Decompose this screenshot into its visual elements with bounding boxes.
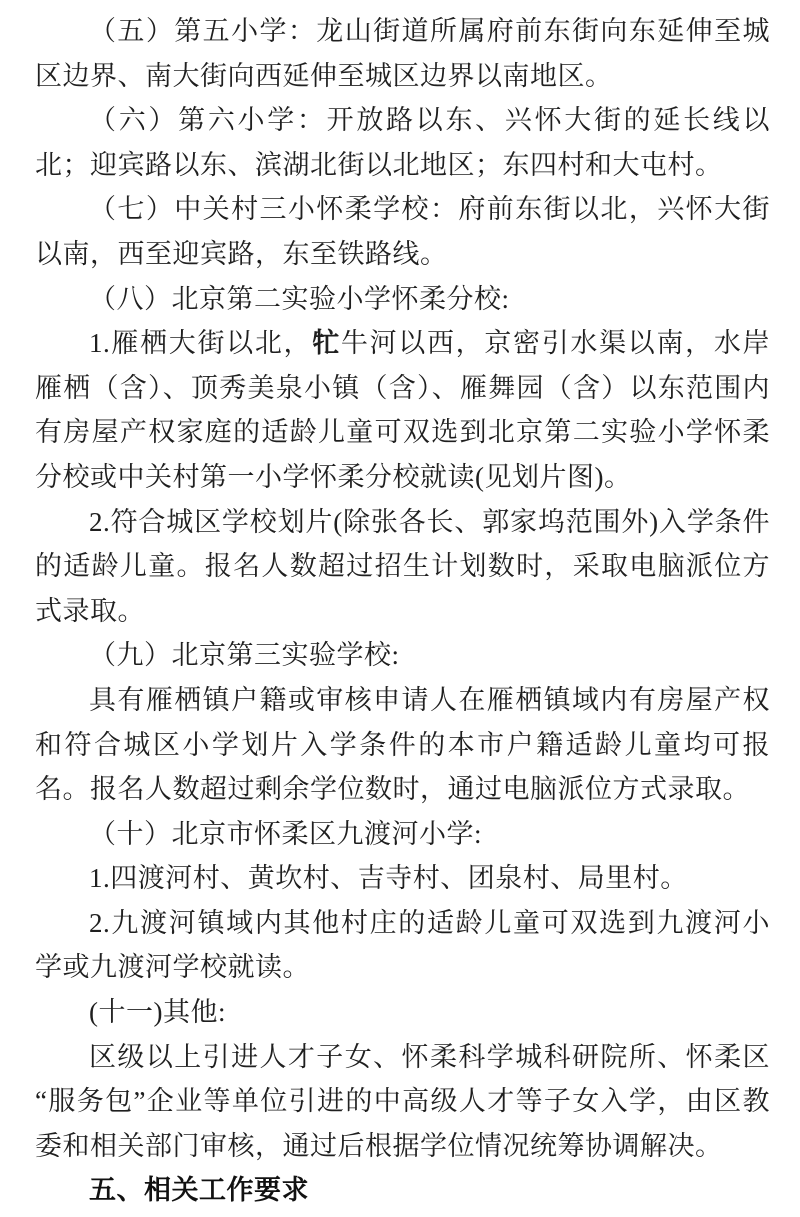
text-run: 具有雁栖镇户籍或审核申请人在雁栖镇域内有房屋产权和符合城区小学划片入学条件的本市…	[35, 685, 770, 804]
paragraph: （五）第五小学：龙山街道所属府前东街向东延伸至城区边界、南大街向西延伸至城区边界…	[35, 9, 770, 98]
paragraph: （九）北京第三实验学校:	[35, 633, 770, 678]
paragraph: （六）第六小学：开放路以东、兴怀大街的延长线以北；迎宾路以东、滨湖北街以北地区；…	[35, 98, 770, 187]
paragraph: 1.四渡河村、黄坎村、吉寺村、团泉村、局里村。	[35, 856, 770, 901]
text-run: （五）第五小学：龙山街道所属府前东街向东延伸至城区边界、南大街向西延伸至城区边界…	[35, 16, 770, 91]
paragraph: 2.九渡河镇域内其他村庄的适龄儿童可双选到九渡河小学或九渡河学校就读。	[35, 901, 770, 990]
document-body: （五）第五小学：龙山街道所属府前东街向东延伸至城区边界、南大街向西延伸至城区边界…	[35, 9, 770, 1213]
paragraph: 2.符合城区学校划片(除张各长、郭家坞范围外)入学条件的适龄儿童。报名人数超过招…	[35, 500, 770, 634]
document-page: （五）第五小学：龙山街道所属府前东街向东延伸至城区边界、南大街向西延伸至城区边界…	[0, 0, 800, 1217]
paragraph: 1.雁栖大街以北，牤牛河以西，京密引水渠以南，水岸雁栖（含）、顶秀美泉小镇（含）…	[35, 321, 770, 499]
text-run: 2.九渡河镇域内其他村庄的适龄儿童可双选到九渡河小学或九渡河学校就读。	[35, 908, 770, 983]
text-run: 1.四渡河村、黄坎村、吉寺村、团泉村、局里村。	[89, 863, 688, 893]
paragraph: （八）北京第二实验小学怀柔分校:	[35, 277, 770, 322]
text-run: （九）北京第三实验学校:	[89, 640, 400, 670]
text-run: 2.符合城区学校划片(除张各长、郭家坞范围外)入学条件的适龄儿童。报名人数超过招…	[35, 507, 770, 626]
emphasized-character: 牤	[312, 328, 341, 358]
paragraph: 具有雁栖镇户籍或审核申请人在雁栖镇域内有房屋产权和符合城区小学划片入学条件的本市…	[35, 678, 770, 812]
text-run: 五、相关工作要求	[89, 1175, 309, 1205]
paragraph: （十）北京市怀柔区九渡河小学:	[35, 812, 770, 857]
section-heading: 五、相关工作要求	[35, 1168, 770, 1213]
text-run: （八）北京第二实验小学怀柔分校:	[89, 284, 510, 314]
text-run: （六）第六小学：开放路以东、兴怀大街的延长线以北；迎宾路以东、滨湖北街以北地区；…	[35, 105, 770, 180]
text-run: 区级以上引进人才子女、怀柔科学城科研院所、怀柔区“服务包”企业等单位引进的中高级…	[35, 1042, 770, 1161]
text-run: （七）中关村三小怀柔学校：府前东街以北，兴怀大街以南，西至迎宾路，东至铁路线。	[35, 194, 770, 269]
paragraph: 区级以上引进人才子女、怀柔科学城科研院所、怀柔区“服务包”企业等单位引进的中高级…	[35, 1035, 770, 1169]
paragraph: （七）中关村三小怀柔学校：府前东街以北，兴怀大街以南，西至迎宾路，东至铁路线。	[35, 187, 770, 276]
text-run: （十）北京市怀柔区九渡河小学:	[89, 819, 482, 849]
text-run: 1.雁栖大街以北，	[89, 328, 312, 358]
paragraph: (十一)其他:	[35, 990, 770, 1035]
text-run: (十一)其他:	[89, 997, 226, 1027]
